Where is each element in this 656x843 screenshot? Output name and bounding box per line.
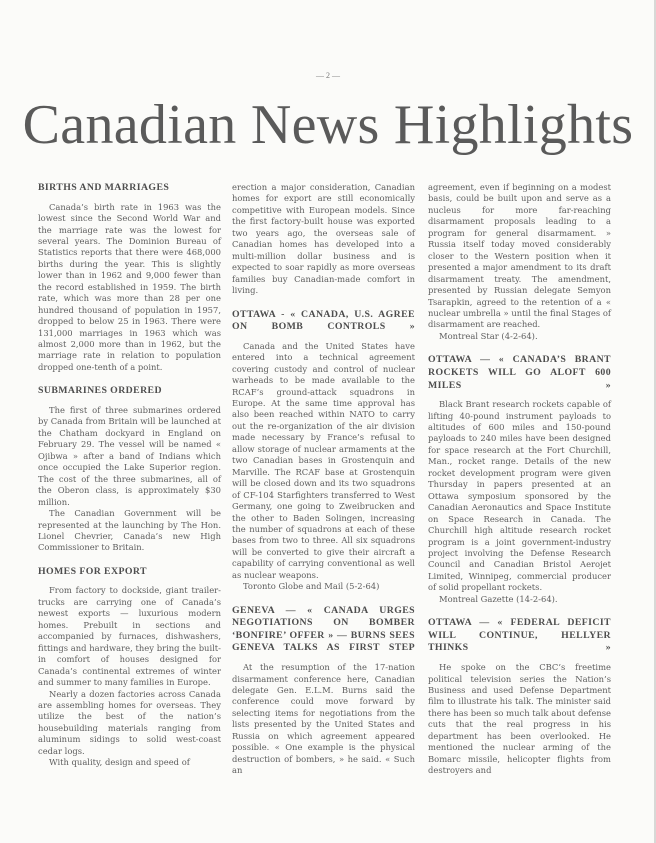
page-title: Canadian News Highlights	[0, 97, 656, 153]
article-births-and-marriages: BIRTHS AND MARRIAGES Canada’s birth rate…	[38, 182, 221, 373]
article-paragraph: Canada’s birth rate in 1963 was the lowe…	[38, 202, 221, 374]
article-headline: GENEVA — « CANADA URGES NEGOTIATIONS ON …	[232, 605, 415, 655]
article-headline: BIRTHS AND MARRIAGES	[38, 182, 221, 195]
article-paragraph: With quality, design and speed of	[38, 757, 221, 768]
article-continuation: erection a major consideration, Canadian…	[232, 182, 415, 297]
page-number: — 2 —	[0, 71, 656, 80]
article-paragraph: He spoke on the CBC’s freetime political…	[428, 662, 611, 777]
column-left: BIRTHS AND MARRIAGES Canada’s birth rate…	[38, 182, 221, 769]
article-paragraph: The first of three submarines ordered by…	[38, 405, 221, 508]
article-headline: SUBMARINES ORDERED	[38, 385, 221, 398]
article-brant-rockets: OTTAWA — « CANADA’S BRANT ROCKETS WILL G…	[428, 354, 611, 605]
article-homes-for-export: HOMES FOR EXPORT From factory to docksid…	[38, 566, 221, 769]
article-paragraph: Canada and the United States have entere…	[232, 341, 415, 582]
article-paragraph: Black Brant research rockets capable of …	[428, 399, 611, 594]
article-federal-deficit: OTTAWA — « FEDERAL DEFICIT WILL CONTINUE…	[428, 617, 611, 776]
article-source: Montreal Star (4-2-64).	[428, 331, 611, 342]
article-paragraph: From factory to dockside, giant trailer-…	[38, 585, 221, 688]
column-right: agreement, even if beginning on a modest…	[428, 182, 611, 777]
article-paragraph: The Canadian Government will be represen…	[38, 508, 221, 554]
article-paragraph: Nearly a dozen factories across Canada a…	[38, 689, 221, 758]
article-source: Toronto Globe and Mail (5-2-64)	[232, 581, 415, 592]
article-submarines-ordered: SUBMARINES ORDERED The first of three su…	[38, 385, 221, 553]
article-source: Montreal Gazette (14-2-64).	[428, 594, 611, 605]
article-bomb-controls: OTTAWA - « CANADA, U.S. AGREE ON BOMB CO…	[232, 309, 415, 593]
article-headline: OTTAWA — « CANADA’S BRANT ROCKETS WILL G…	[428, 354, 611, 392]
article-headline: OTTAWA — « FEDERAL DEFICIT WILL CONTINUE…	[428, 617, 611, 655]
article-geneva-bomber-bonfire: GENEVA — « CANADA URGES NEGOTIATIONS ON …	[232, 605, 415, 777]
article-headline: HOMES FOR EXPORT	[38, 566, 221, 579]
article-paragraph: At the resumption of the 17-nation disar…	[232, 662, 415, 777]
column-middle: erection a major consideration, Canadian…	[232, 182, 415, 777]
article-continuation: agreement, even if beginning on a modest…	[428, 182, 611, 331]
article-headline: OTTAWA - « CANADA, U.S. AGREE ON BOMB CO…	[232, 309, 415, 334]
